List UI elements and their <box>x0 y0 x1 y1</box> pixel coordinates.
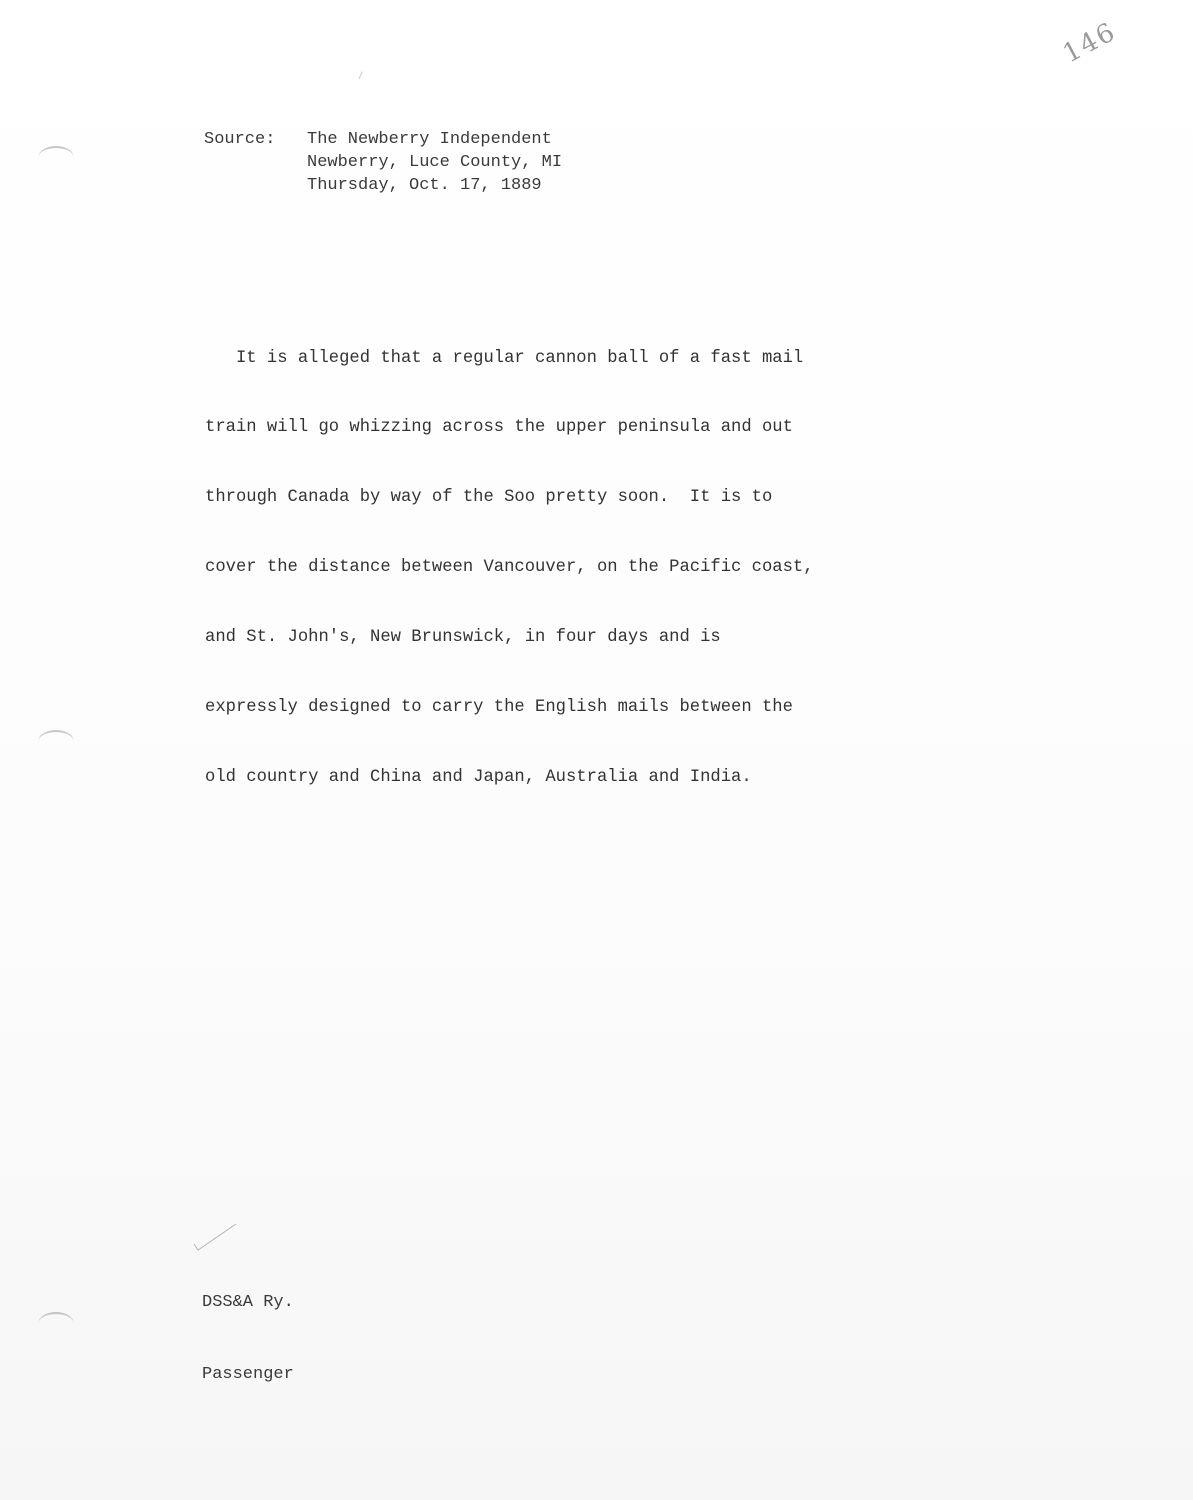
article-line: cover the distance between Vancouver, on… <box>205 556 885 579</box>
hole-punch-mark-bottom <box>38 1312 74 1336</box>
source-date: Thursday, Oct. 17, 1889 <box>307 174 542 197</box>
category-tag: Passenger <box>202 1363 294 1387</box>
source-row-2: Newberry, Luce County, MI <box>204 151 562 174</box>
article-line: and St. John's, New Brunswick, in four d… <box>205 626 885 649</box>
source-location: Newberry, Luce County, MI <box>307 151 562 174</box>
handwritten-page-number: 146 <box>1058 17 1121 70</box>
article-line: expressly designed to carry the English … <box>205 696 885 719</box>
source-citation: Source: The Newberry Independent Newberr… <box>204 128 562 197</box>
stray-pencil-mark <box>359 71 367 80</box>
hole-punch-mark-middle <box>38 730 74 754</box>
source-publication: The Newberry Independent <box>307 128 552 151</box>
source-row-1: Source: The Newberry Independent <box>204 128 562 151</box>
article-line: through Canada by way of the Soo pretty … <box>205 486 885 509</box>
article-line: train will go whizzing across the upper … <box>205 416 885 439</box>
hole-punch-mark-top <box>38 146 74 170</box>
railway-tag: DSS&A Ry. <box>202 1291 294 1315</box>
article-line: It is alleged that a regular cannon ball… <box>205 347 885 370</box>
article-text: It is alleged that a regular cannon ball… <box>205 300 885 836</box>
article-line: old country and China and Japan, Austral… <box>205 766 885 789</box>
source-label: Source: <box>204 128 307 151</box>
subject-tags: DSS&A Ry. Passenger <box>202 1243 294 1435</box>
source-row-3: Thursday, Oct. 17, 1889 <box>204 174 562 197</box>
document-page: 146 Source: The Newberry Independent New… <box>0 0 1193 1500</box>
